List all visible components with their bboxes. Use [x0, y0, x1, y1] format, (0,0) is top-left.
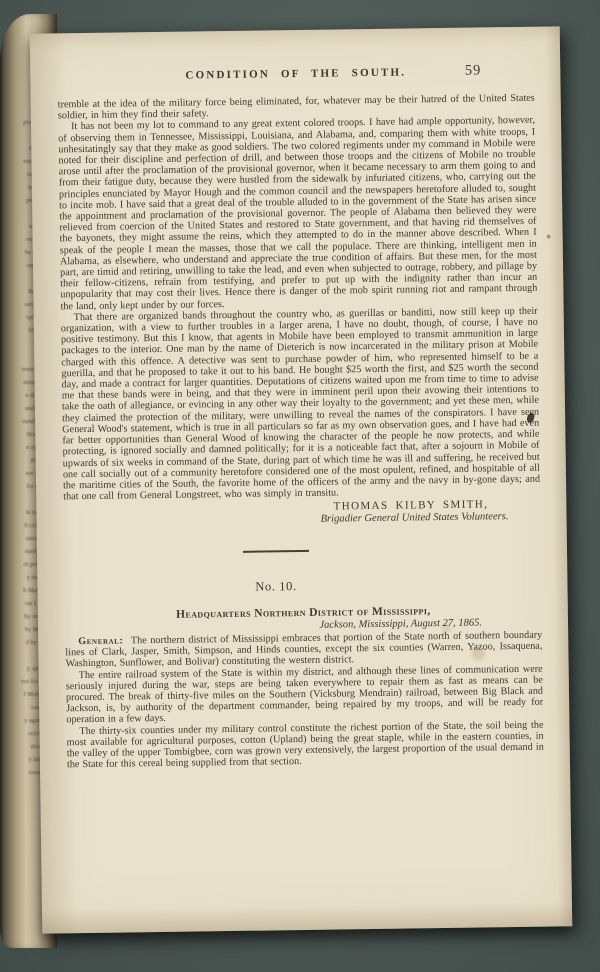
page-number: 59 [465, 62, 482, 79]
letter1-paragraph-3: That there are organized bands throughou… [61, 306, 541, 503]
page-header: CONDITION OF THE SOUTH. 59 [57, 65, 534, 90]
letter2-paragraph-3: The thirty-six counties under my militar… [66, 719, 544, 770]
running-head-title: CONDITION OF THE SOUTH. [57, 65, 534, 84]
section-divider [242, 550, 308, 553]
page-body: CONDITION OF THE SOUTH. 59 tremble at th… [30, 26, 573, 933]
letter2-paragraph-2: The entire railroad system of the State … [66, 663, 544, 726]
book-page: CONDITION OF THE SOUTH. 59 tremble at th… [30, 26, 573, 933]
section-number-heading: No. 10. [37, 576, 514, 598]
salutation: General: [78, 635, 123, 647]
signature-block: THOMAS KILBY SMITH, Brigadier General Un… [63, 498, 540, 529]
scan-background: who, reprofession rthe propeemane of lar… [0, 0, 600, 972]
letter1-paragraph-2: It has not been my lot to command to any… [58, 115, 538, 312]
